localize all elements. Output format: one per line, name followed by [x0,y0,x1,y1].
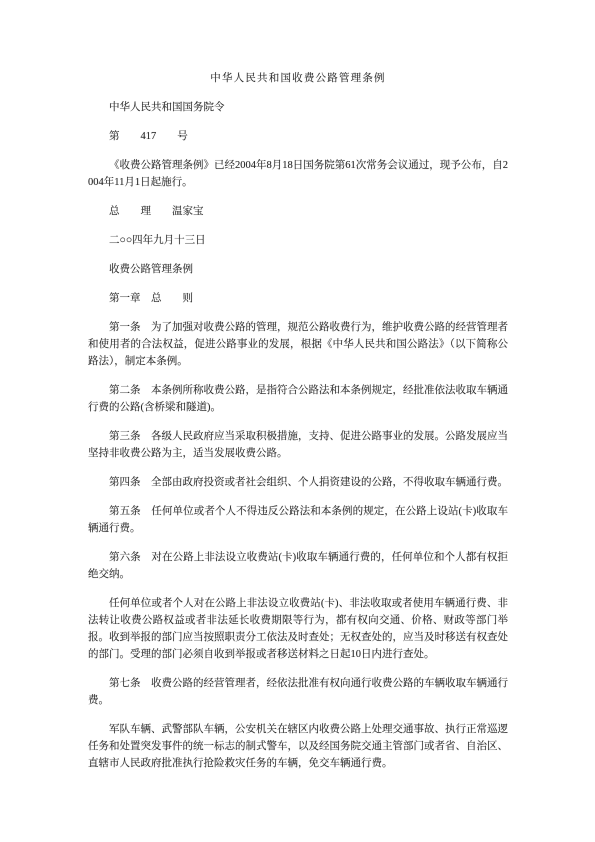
document-title: 中华人民共和国收费公路管理条例 [88,70,508,87]
promulgation-date: 二○○四年九月十三日 [88,232,508,249]
document-page: 中华人民共和国收费公路管理条例 中华人民共和国国务院令 第 417 号 《收费公… [0,0,595,842]
article-3: 第三条 各级人民政府应当采取积极措施，支持、促进公路事业的发展。公路发展应当坚持… [88,428,508,462]
chapter-1-heading: 第一章 总 则 [88,290,508,307]
article-7: 第七条 收费公路的经营管理者，经依法批准有权向通行收费公路的车辆收取车辆通行费。 [88,675,508,709]
article-2: 第二条 本条例所称收费公路，是指符合公路法和本条例规定，经批准依法收取车辆通行费… [88,382,508,416]
decree-issuer: 中华人民共和国国务院令 [88,99,508,116]
article-7-para-2: 军队车辆、武警部队车辆，公安机关在辖区内收费公路上处理交通事故、执行正常巡逻任务… [88,721,508,772]
article-6-para-2: 任何单位或者个人对在公路上非法设立收费站(卡)、非法收取或者使用车辆通行费、非法… [88,595,508,663]
promulgation-statement: 《收费公路管理条例》已经2004年8月18日国务院第61次常务会议通过，现予公布… [88,157,508,191]
article-6: 第六条 对在公路上非法设立收费站(卡)收取车辆通行费的，任何单位和个人都有权拒绝… [88,549,508,583]
decree-number: 第 417 号 [88,128,508,145]
article-4: 第四条 全部由政府投资或者社会组织、个人捐资建设的公路，不得收取车辆通行费。 [88,474,508,491]
premier-signature: 总 理 温家宝 [88,203,508,220]
regulation-title: 收费公路管理条例 [88,261,508,278]
article-1: 第一条 为了加强对收费公路的管理，规范公路收费行为，维护收费公路的经营管理者和使… [88,319,508,370]
article-5: 第五条 任何单位或者个人不得违反公路法和本条例的规定，在公路上设站(卡)收取车辆… [88,503,508,537]
